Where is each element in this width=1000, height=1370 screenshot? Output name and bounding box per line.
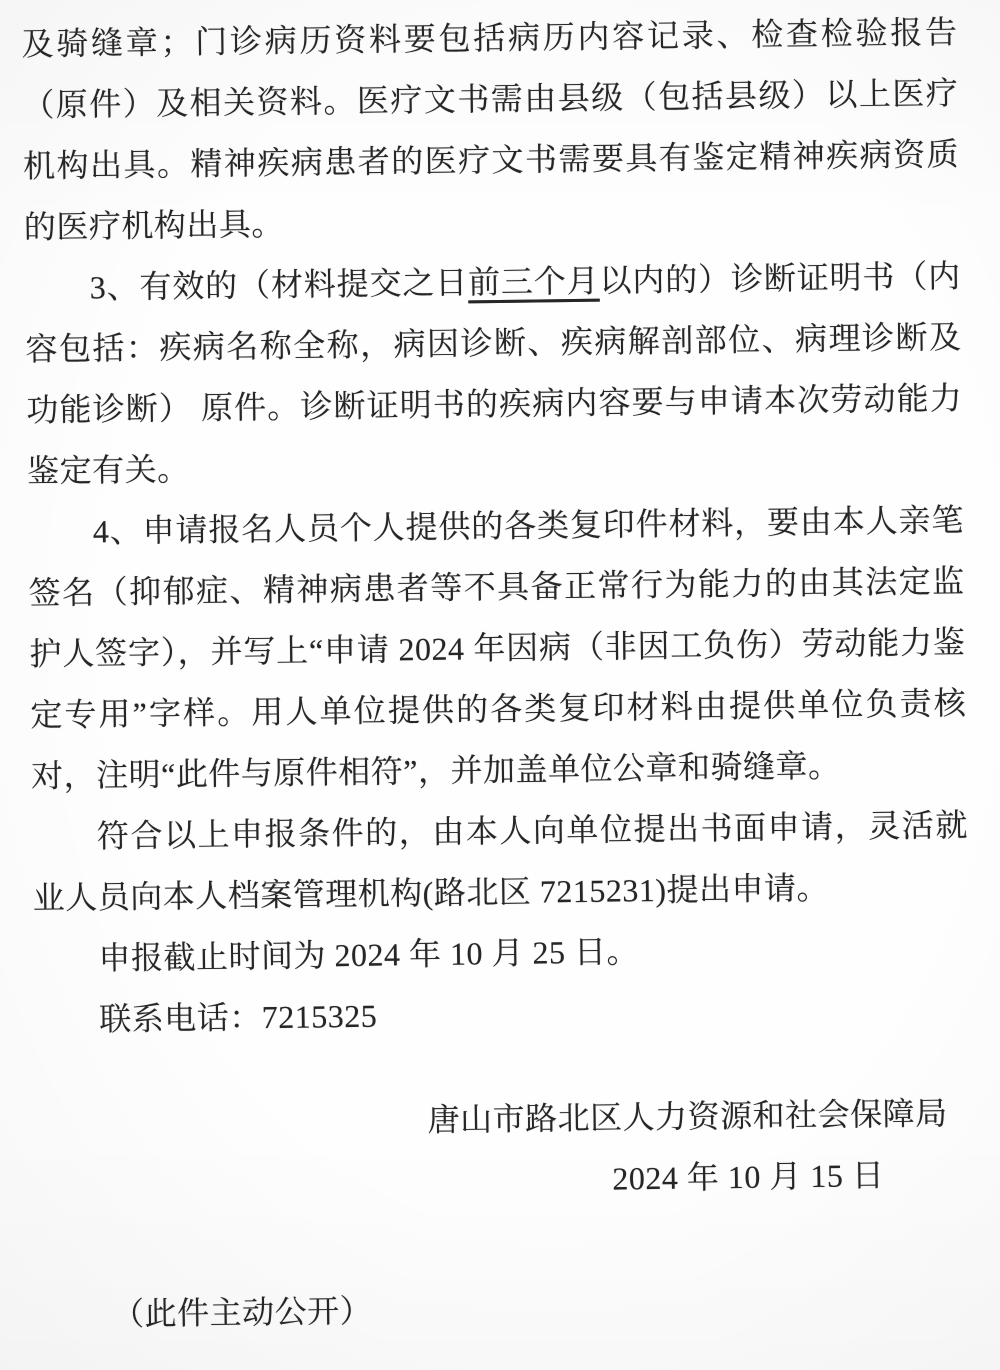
paragraph-item-3-diagnosis-certificate: 3、有效的（材料提交之日前三个月以内的）诊断证明书（内容包括：疾病名称全称，病因… [24, 246, 963, 502]
footer-disclosure-note: （此件主动公开） [112, 1273, 975, 1345]
paragraph-contact-phone: 联系电话：7215325 [34, 978, 971, 1051]
underlined-phrase-three-months: 前三个月 [468, 263, 600, 301]
document-content: 及骑缝章；门诊病历资料要包括病历内容记录、检查检验报告（原件）及相关资料。医疗文… [0, 0, 1000, 1346]
deadline-text: 申报截止时间为 2024 年 10 月 25 日。 [98, 933, 639, 976]
paragraph-text: 符合以上申报条件的，由本人向单位提出书面申请，灵活就业人员向本人档案管理机构(路… [32, 807, 968, 916]
paragraph-item-4-copies-signature: 4、申请报名人员个人提供的各类复印件材料，要由本人亲笔签名（抑郁症、精神病患者等… [28, 490, 968, 807]
scanned-document-page: 及骑缝章；门诊病历资料要包括病历内容记录、检查检验报告（原件）及相关资料。医疗文… [0, 0, 1000, 1370]
signature-date: 2024 年 10 月 15 日 [36, 1144, 973, 1217]
paragraph-application-procedure: 符合以上申报条件的，由本人向单位提出书面申请，灵活就业人员向本人档案管理机构(路… [32, 795, 970, 929]
paragraph-continuation-medical-records: 及骑缝章；门诊病历资料要包括病历内容记录、检查检验报告（原件）及相关资料。医疗文… [21, 2, 960, 258]
contact-phone-text: 联系电话：7215325 [99, 998, 377, 1038]
paragraph-text: 4、申请报名人员个人提供的各类复印件材料，要由本人亲笔签名（抑郁症、精神病患者等… [28, 502, 966, 794]
paragraph-text: 及骑缝章；门诊病历资料要包括病历内容记录、检查检验报告（原件）及相关资料。医疗文… [21, 14, 959, 245]
signature-block: 唐山市路北区人力资源和社会保障局 2024 年 10 月 15 日 [35, 1083, 973, 1217]
paragraph-text: 3、有效的（材料提交之日 [89, 264, 468, 305]
